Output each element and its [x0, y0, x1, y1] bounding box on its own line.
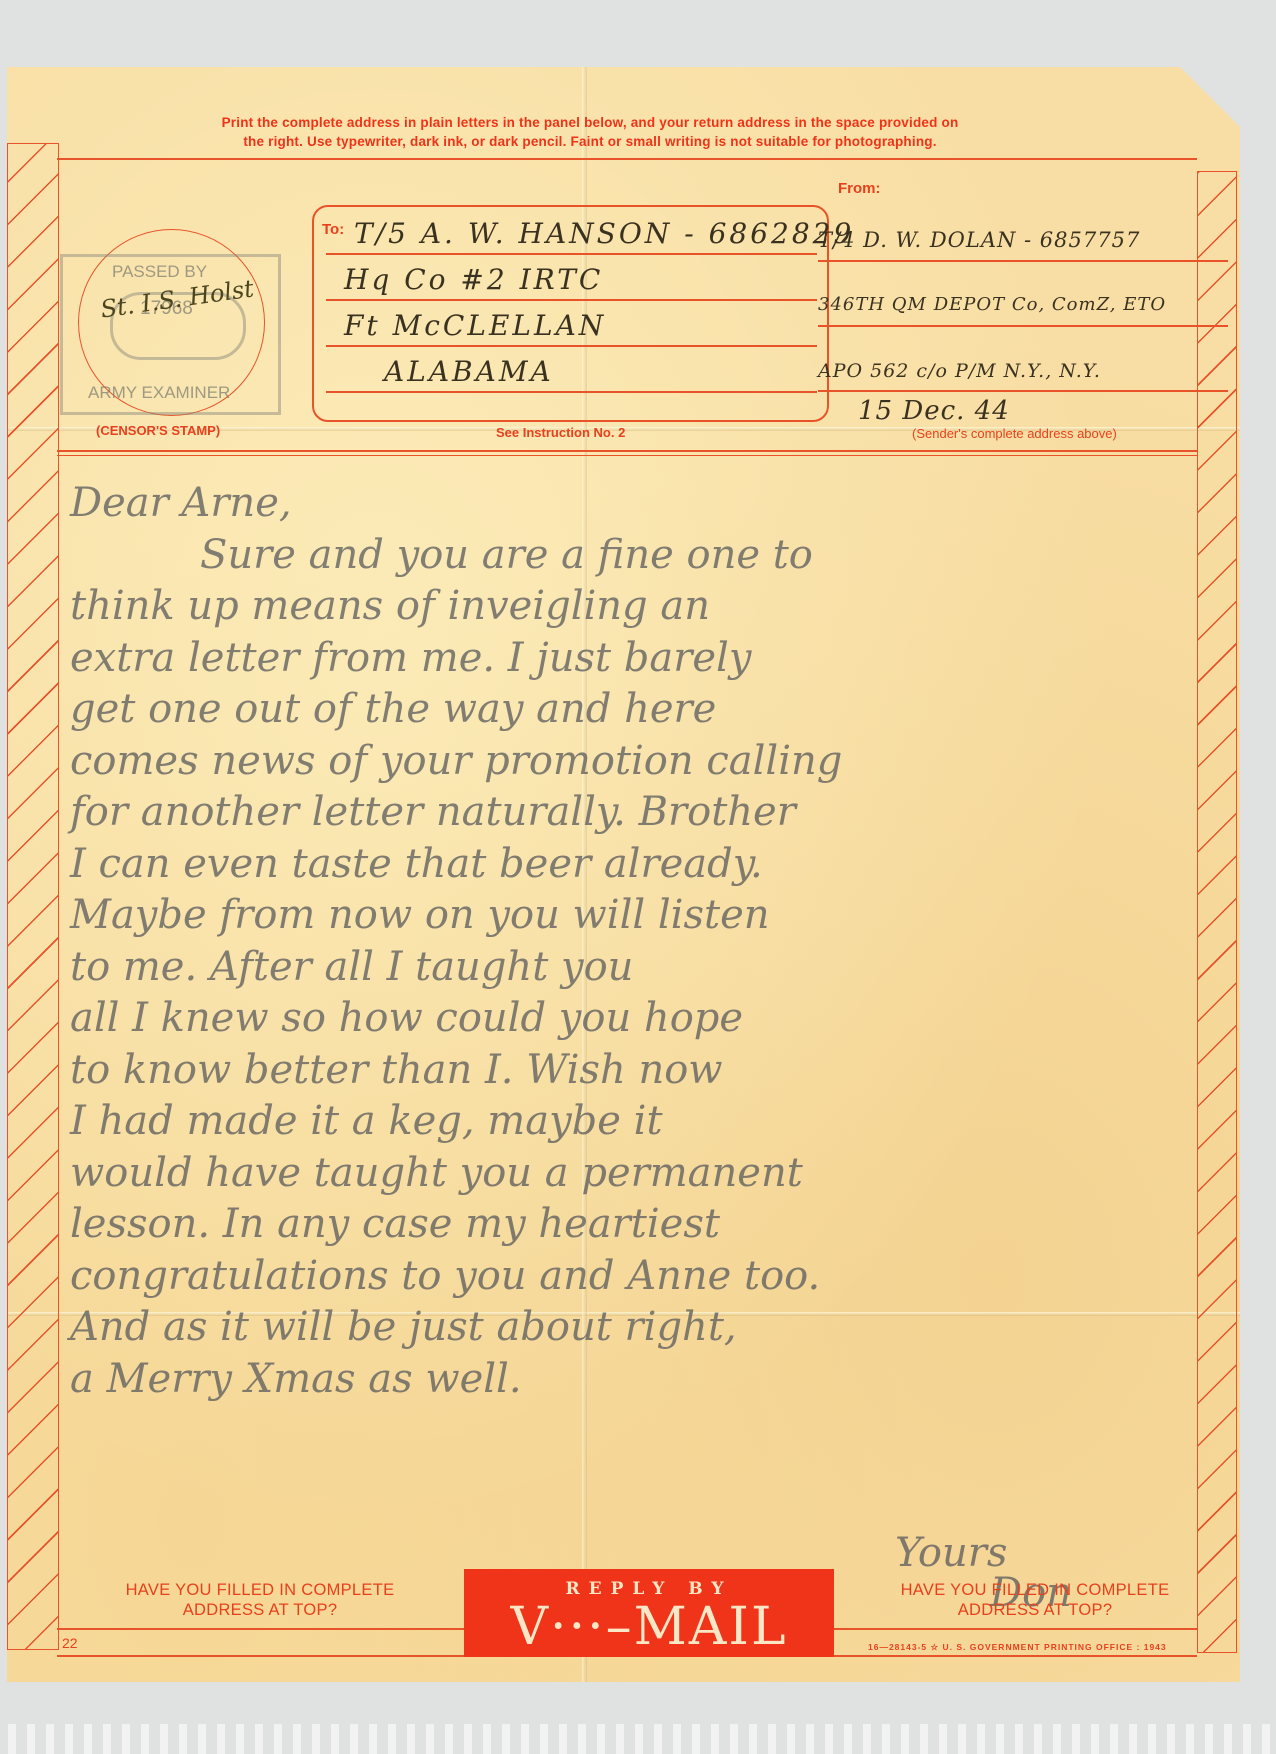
letter-line: to know better than I. Wish now [70, 1045, 1220, 1097]
address-rule [326, 345, 817, 347]
letter-line: to me. After all I taught you [70, 942, 1220, 994]
from-label: From: [838, 180, 881, 197]
to-label: To: [322, 221, 344, 238]
sender-rule [818, 260, 1228, 262]
form-instructions: Print the complete address in plain lett… [140, 113, 1040, 151]
letter-line: all I knew so how could you hope [70, 993, 1220, 1045]
letter-line: Maybe from now on you will listen [70, 890, 1220, 942]
sender-unit: 346TH QM DEPOT Co, ComZ, ETO [818, 294, 1166, 315]
letter-line: think up means of inveigling an [70, 581, 1220, 633]
frame-top-rule [57, 158, 1197, 160]
instructions-line-1: Print the complete address in plain lett… [140, 113, 1040, 132]
header-divider [57, 450, 1197, 452]
letter-line: would have taught you a permanent [70, 1148, 1220, 1200]
letter-body: Dear Arne, Sure and you are a fine one t… [70, 478, 1220, 1405]
letter-line: comes news of your promotion calling [70, 736, 1220, 788]
letter-line: a Merry Xmas as well. [70, 1354, 1220, 1406]
vmail-logo: V···–MAIL [464, 1599, 834, 1655]
letter-line: And as it will be just about right, [70, 1302, 1220, 1354]
censor-stamp-passed-by: PASSED BY [112, 262, 207, 282]
letter-date: 15 Dec. 44 [858, 396, 1010, 426]
address-reminder-right: HAVE YOU FILLED IN COMPLETE ADDRESS AT T… [880, 1580, 1190, 1620]
address-rule [326, 299, 817, 301]
recipient-name: T/5 A. W. HANSON - 6862829 [354, 217, 854, 250]
see-instruction-caption: See Instruction No. 2 [496, 425, 625, 440]
letter-salutation: Dear Arne, [70, 478, 1220, 530]
censor-stamp-army-examiner: ARMY EXAMINER [88, 383, 230, 403]
form-number: 22 [62, 1635, 78, 1651]
sender-name: T/4 D. W. DOLAN - 6857757 [818, 228, 1140, 252]
letter-line: congratulations to you and Anne too. [70, 1251, 1220, 1303]
address-rule [326, 391, 817, 393]
letter-line: extra letter from me. I just barely [70, 633, 1220, 685]
instructions-line-2: the right. Use typewriter, dark ink, or … [140, 132, 1040, 151]
letter-line: I can even taste that beer already. [70, 839, 1220, 891]
sender-rule [818, 390, 1228, 392]
sender-caption: (Sender's complete address above) [912, 426, 1117, 441]
letter-line: I had made it a keg, maybe it [70, 1096, 1220, 1148]
letter-line: lesson. In any case my heartiest [70, 1199, 1220, 1251]
letter-line: Sure and you are a fine one to [70, 530, 1220, 582]
left-hatched-margin [7, 143, 59, 1650]
printing-office-imprint: 16—28143-5 ☆ U. S. GOVERNMENT PRINTING O… [868, 1642, 1167, 1653]
censor-stamp-caption: (CENSOR'S STAMP) [96, 423, 220, 438]
binder-sleeve-edge [0, 1724, 1276, 1754]
sender-rule [818, 325, 1228, 327]
letter-line: for another letter naturally. Brother [70, 787, 1220, 839]
recipient-unit: Hq Co #2 IRTC [344, 263, 603, 296]
sender-apo: APO 562 c/o P/M N.Y., N.Y. [818, 360, 1101, 382]
header-divider-thin [57, 455, 1197, 456]
address-reminder-left: HAVE YOU FILLED IN COMPLETE ADDRESS AT T… [95, 1580, 425, 1620]
vmail-reply-by: REPLY BY [464, 1579, 834, 1599]
letter-line: get one out of the way and here [70, 684, 1220, 736]
recipient-post: Ft McCLELLAN [344, 309, 606, 342]
recipient-address-panel: To: T/5 A. W. HANSON - 6862829 Hq Co #2 … [312, 205, 829, 422]
reply-by-vmail-banner: REPLY BY V···–MAIL [464, 1569, 834, 1657]
address-rule [326, 253, 817, 255]
recipient-state: ALABAMA [384, 355, 554, 388]
